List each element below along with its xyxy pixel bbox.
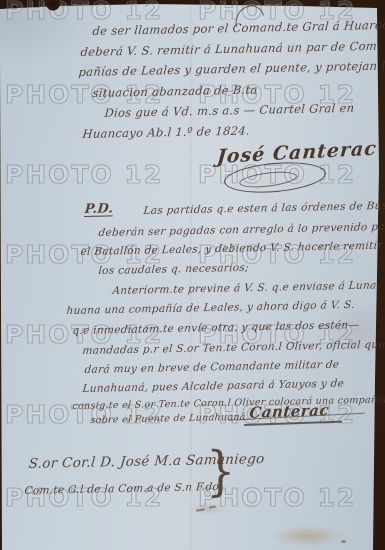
watermark-text: PHOTO 12 <box>5 160 163 189</box>
watermark-text: PHOTO 12 <box>5 0 163 25</box>
stain-speck <box>341 540 346 543</box>
signature-canterac-bottom: Canterac <box>244 400 344 426</box>
manuscript-photo: PHOTO 12 PHOTO 12 PHOTO 12 PHOTO 12 PHOT… <box>0 0 385 550</box>
address-brace: } <box>206 440 235 502</box>
postscript-label: P.D. <box>84 201 114 217</box>
